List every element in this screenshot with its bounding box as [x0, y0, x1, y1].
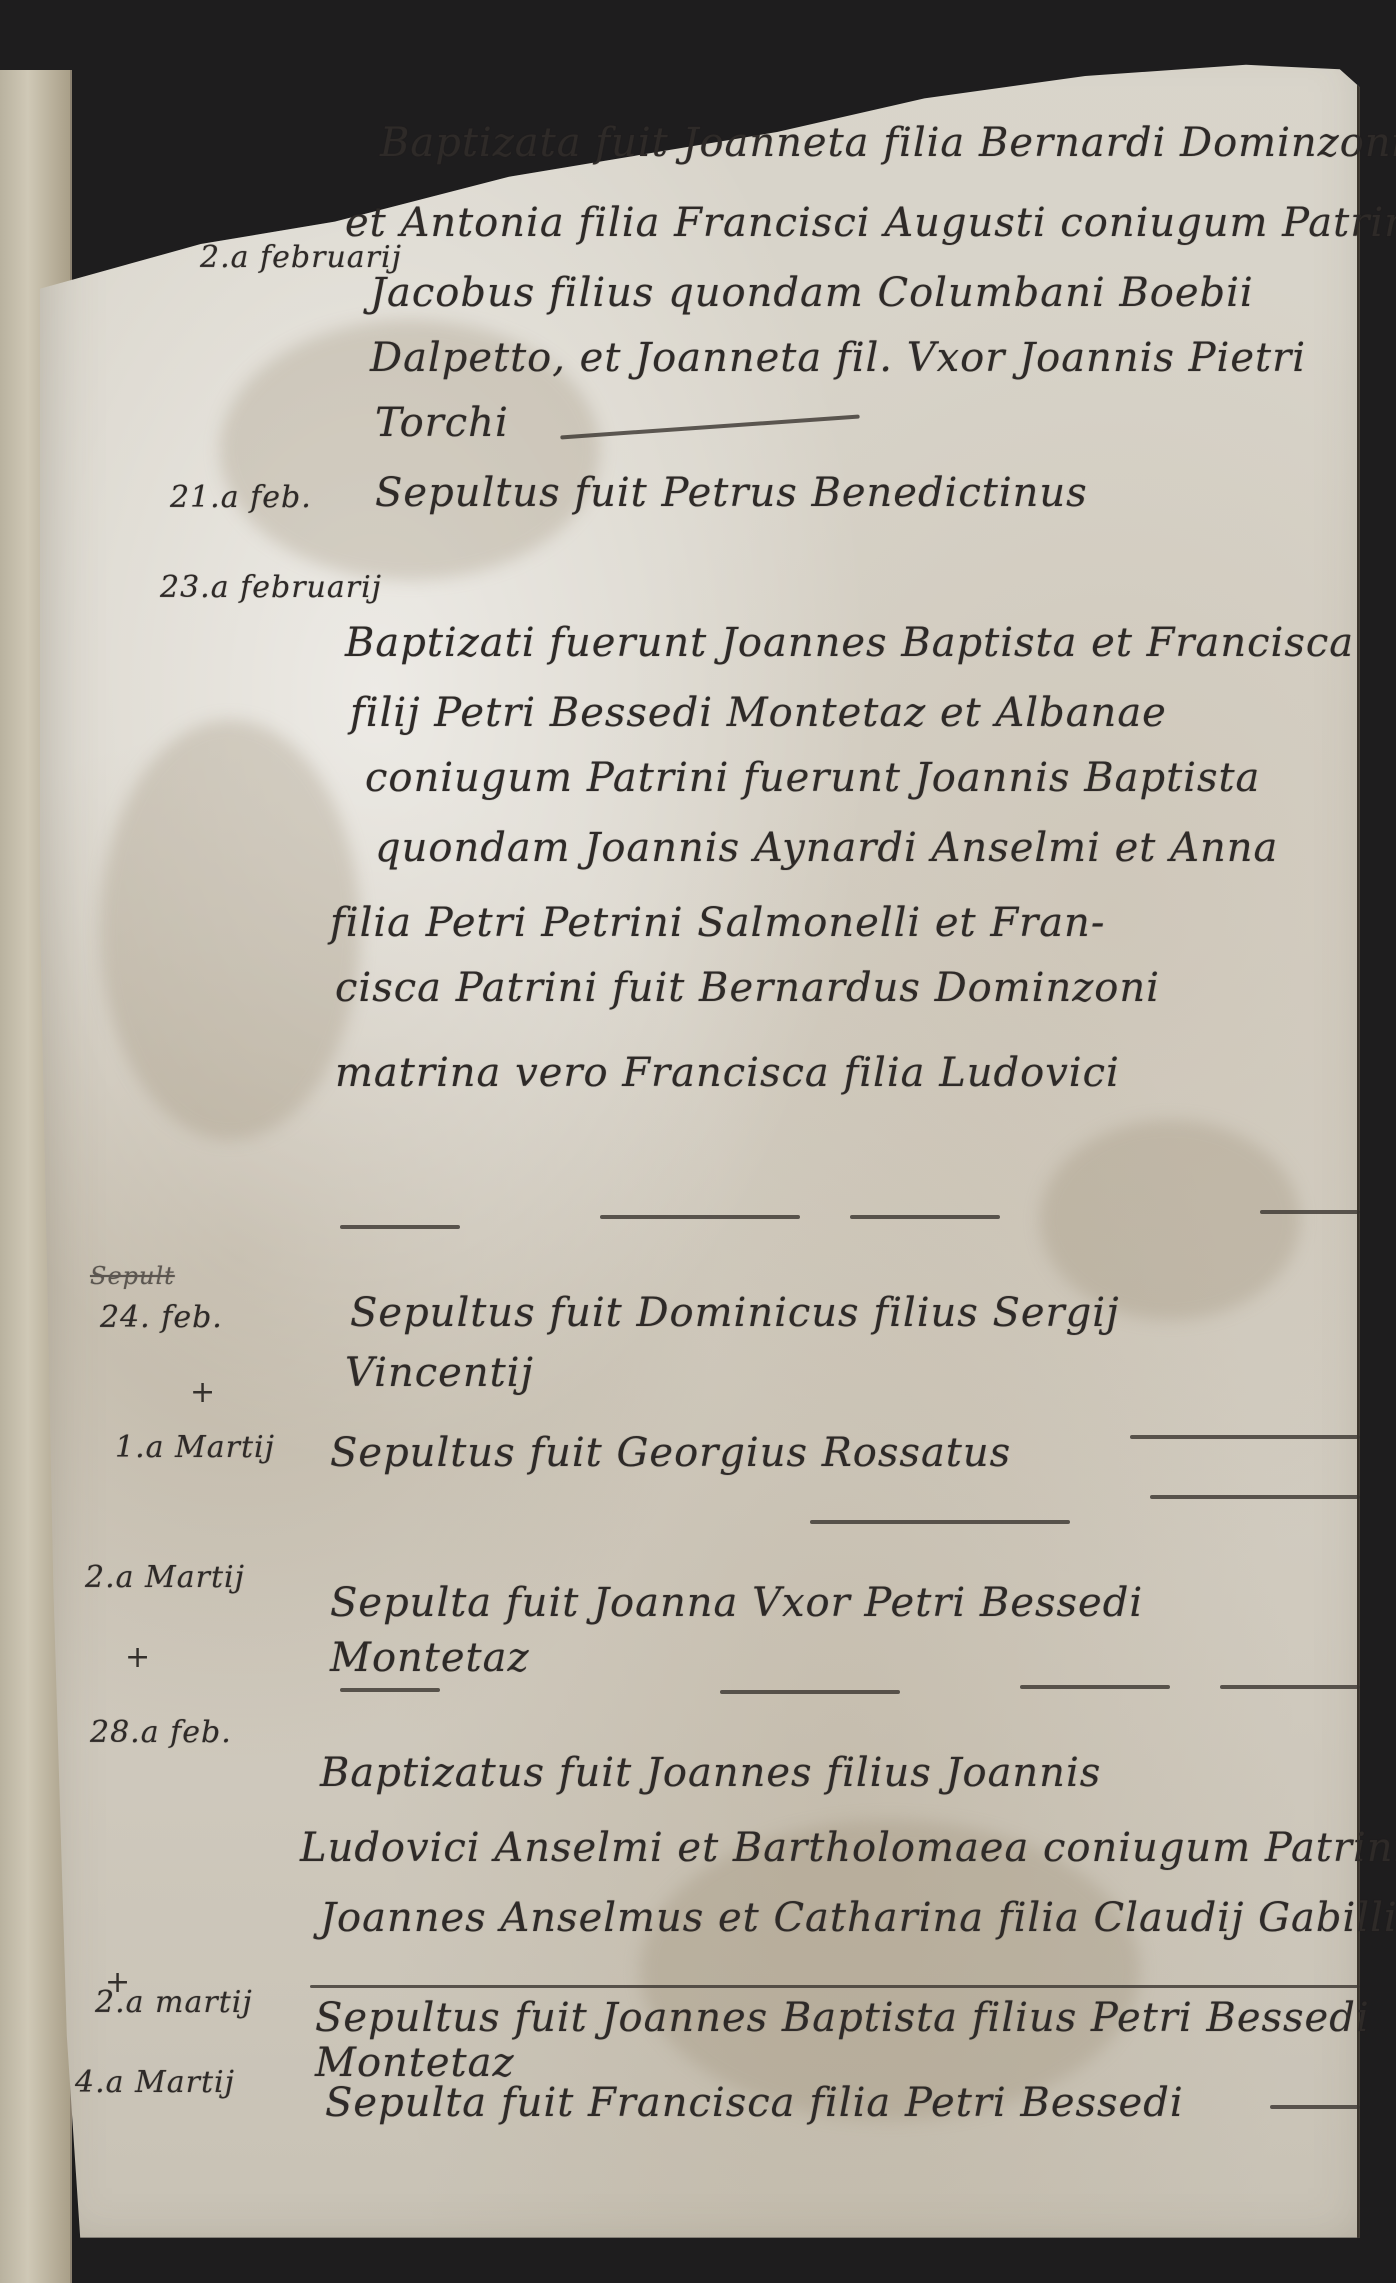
entry-8-date: 2.a martij — [95, 1985, 253, 2020]
separator-dash — [850, 1215, 1000, 1219]
entry-6-line-2: Montetaz — [330, 1635, 530, 1681]
line-filler-dash — [1130, 1435, 1360, 1439]
manuscript-scan: 2.a februarij Baptizata fuit Joanneta fi… — [0, 0, 1396, 2283]
separator-dash — [720, 1690, 900, 1694]
entry-1-line-2: et Antonia filia Francisci Augusti coniu… — [345, 200, 1396, 246]
entry-3-line-4: quondam Joannis Aynardi Anselmi et Anna — [375, 825, 1278, 871]
entry-3-line-1: Baptizati fuerunt Joannes Baptista et Fr… — [345, 620, 1354, 666]
separator-dash — [1150, 1495, 1360, 1499]
entry-6-line-1: Sepulta fuit Joanna Vxor Petri Bessedi — [330, 1580, 1143, 1626]
entry-1-line-1: Baptizata fuit Joanneta filia Bernardi D… — [380, 120, 1396, 166]
entry-3-line-5: filia Petri Petrini Salmonelli et Fran- — [330, 900, 1105, 946]
line-filler-dash — [1270, 2105, 1360, 2109]
water-stain — [100, 720, 360, 1140]
separator-dash — [1220, 1685, 1360, 1689]
separator-rule — [310, 1985, 1360, 1988]
separator-dash — [1020, 1685, 1170, 1689]
entry-9-line-1: Sepulta fuit Francisca filia Petri Besse… — [325, 2080, 1184, 2126]
entry-3-line-7: matrina vero Francisca filia Ludovici — [335, 1050, 1120, 1096]
entry-2-line-1: Sepultus fuit Petrus Benedictinus — [375, 470, 1088, 516]
separator-dash — [810, 1520, 1070, 1524]
entry-4-line-2: Vincentij — [345, 1350, 534, 1396]
entry-1-line-4: Dalpetto, et Joanneta fil. Vxor Joannis … — [370, 335, 1306, 381]
entry-2-date: 21.a feb. — [170, 480, 312, 515]
cross-mark-icon: + — [125, 1640, 150, 1675]
entry-8-line-1: Sepultus fuit Joannes Baptista filius Pe… — [315, 1995, 1370, 2041]
entry-9-date: 4.a Martij — [75, 2065, 235, 2100]
entry-5-date: 1.a Martij — [115, 1430, 275, 1465]
separator-dash — [340, 1688, 440, 1692]
separator-dash — [600, 1215, 800, 1219]
separator-dash — [1260, 1210, 1360, 1214]
entry-6-date: 2.a Martij — [85, 1560, 245, 1595]
entry-3-date: 23.a februarij — [160, 570, 382, 605]
entry-4-date: 24. feb. — [100, 1300, 223, 1335]
separator-dash — [340, 1225, 460, 1229]
entry-3-line-2: filij Petri Bessedi Montetaz et Albanae — [350, 690, 1167, 736]
entry-7-date: 28.a feb. — [90, 1715, 232, 1750]
entry-7-line-3: Joannes Anselmus et Catharina filia Clau… — [320, 1895, 1396, 1941]
entry-1-line-3: Jacobus filius quondam Columbani Boebii — [370, 270, 1254, 316]
entry-3-line-6: cisca Patrini fuit Bernardus Dominzoni — [335, 965, 1160, 1011]
entry-7-line-1: Baptizatus fuit Joannes filius Joannis — [320, 1750, 1101, 1796]
entry-4-struck-note: Sepult — [90, 1262, 175, 1290]
entry-4-line-1: Sepultus fuit Dominicus filius Sergij — [350, 1290, 1119, 1336]
page-binding-edge — [1357, 60, 1360, 2280]
entry-1-line-5: Torchi — [375, 400, 509, 446]
entry-5-line-1: Sepultus fuit Georgius Rossatus — [330, 1430, 1011, 1476]
entry-7-line-2: Ludovici Anselmi et Bartholomaea coniugu… — [300, 1825, 1396, 1871]
entry-3-line-3: coniugum Patrini fuerunt Joannis Baptist… — [365, 755, 1260, 801]
cross-mark-icon: + — [190, 1375, 215, 1410]
